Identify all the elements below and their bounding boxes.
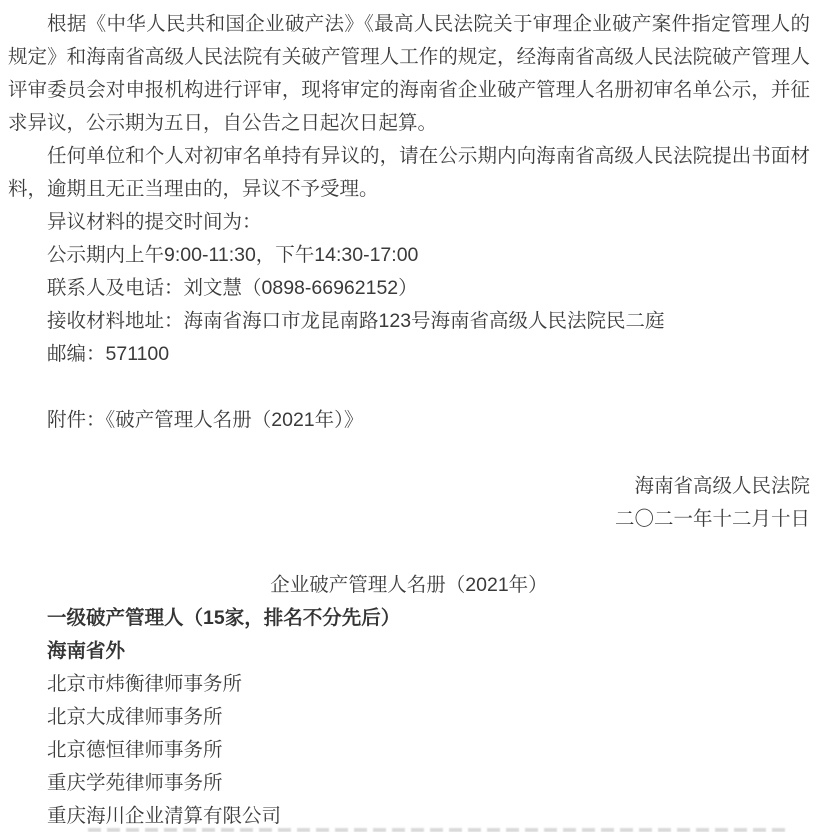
- attachment-line: 附件：《破产管理人名册（2021年）》: [8, 404, 810, 437]
- roster-item: 北京德恒律师事务所: [8, 734, 810, 767]
- address-line: 接收材料地址：海南省海口市龙昆南路123号海南省高级人民法院民二庭: [8, 305, 810, 338]
- postcode-line: 邮编：571100: [8, 338, 810, 371]
- roster-title: 企业破产管理人名册（2021年）: [8, 569, 810, 602]
- roster-item: 重庆学苑律师事务所: [8, 767, 810, 800]
- cropped-next-line-artifact: [88, 828, 786, 832]
- contact-line: 联系人及电话：刘文慧（0898-66962152）: [8, 272, 810, 305]
- roster-tier-heading: 一级破产管理人（15家，排名不分先后）: [8, 602, 810, 635]
- roster-item: 北京市炜衡律师事务所: [8, 668, 810, 701]
- opening-paragraph: 根据《中华人民共和国企业破产法》《最高人民法院关于审理企业破产案件指定管理人的规…: [8, 8, 810, 140]
- announcement-document: 根据《中华人民共和国企业破产法》《最高人民法院关于审理企业破产案件指定管理人的规…: [0, 0, 822, 832]
- roster-item: 北京大成律师事务所: [8, 701, 810, 734]
- submission-time-label: 异议材料的提交时间为：: [8, 206, 810, 239]
- issuer-signature: 海南省高级人民法院: [8, 470, 810, 503]
- submission-time-value: 公示期内上午9:00-11:30，下午14:30-17:00: [8, 239, 810, 272]
- roster-region-heading: 海南省外: [8, 635, 810, 668]
- objection-paragraph: 任何单位和个人对初审名单持有异议的，请在公示期内向海南省高级人民法院提出书面材料…: [8, 140, 810, 206]
- issue-date: 二〇二一年十二月十日: [8, 503, 810, 536]
